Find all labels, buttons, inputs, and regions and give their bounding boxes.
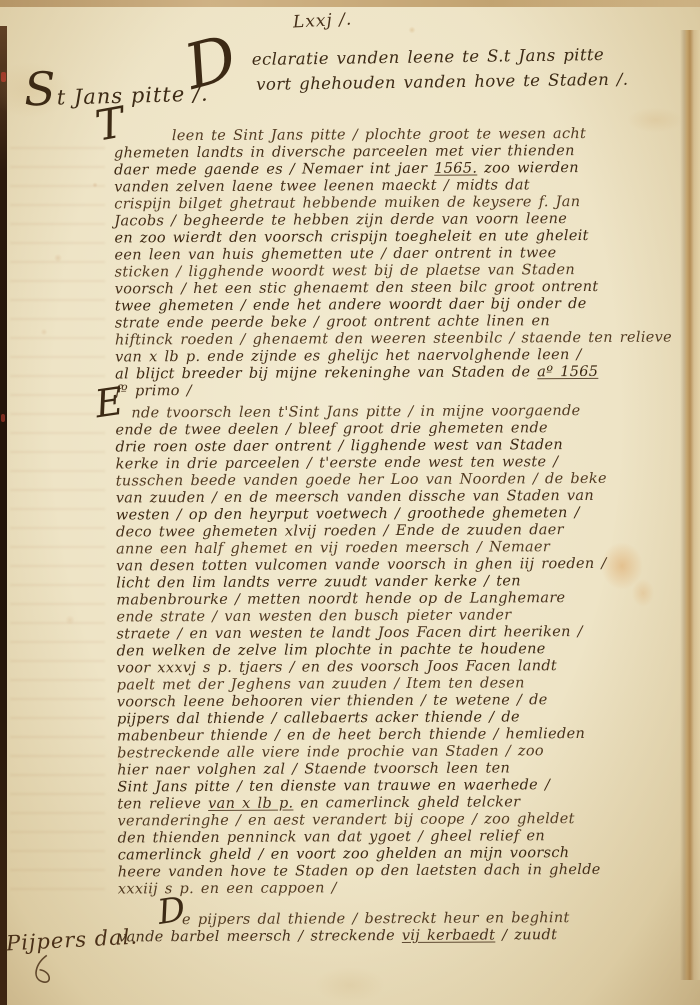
- page-top-edge: [0, 0, 700, 7]
- manuscript-line: en zoo wierdt den voorsch crispijn toegh…: [114, 228, 670, 248]
- document-heading: D eclaratie vanden leene te S.t Jans pit…: [252, 41, 673, 97]
- manuscript-paragraph: Ende tvoorsch leen t'Sint Jans pitte / i…: [115, 403, 674, 899]
- manuscript-line: hiftinck roeden / ghenaemt den weeren st…: [115, 330, 671, 350]
- paragraph-initial: E: [94, 393, 124, 414]
- manuscript-paragraph: De pijpers dal thiende / bestreckt heur …: [118, 910, 674, 947]
- manuscript-line: heere vanden hove te Staden op den laets…: [118, 862, 674, 882]
- manuscript-line: vande barbel meersch / streckende vij ke…: [118, 927, 674, 947]
- manuscript-line: fº primo /: [115, 381, 671, 401]
- manuscript-line: van desen totten vulcomen vande voorsch …: [116, 556, 672, 576]
- manuscript-line: van zuuden / en de meersch vanden dissch…: [116, 488, 672, 508]
- paragraph-initial: D: [157, 901, 187, 922]
- page-right-edge: [680, 30, 700, 980]
- binding-speck: [1, 72, 6, 82]
- manuscript-paragraph: Tleen te Sint Jans pitte / plochte groot…: [114, 126, 671, 401]
- heading-line-2: vort ghehouden vanden hove te Staden /.: [252, 66, 672, 97]
- paragraph-initial: T: [95, 113, 126, 135]
- manuscript-body: Tleen te Sint Jans pitte / plochte groot…: [114, 126, 674, 947]
- binding-edge: [0, 26, 7, 1005]
- flourish-descender: [29, 953, 61, 991]
- manuscript-line: xxxiij s p. en een cappoen /: [118, 879, 674, 899]
- manuscript-line: al blijct breeder bij mijne rekeninghe v…: [115, 364, 671, 384]
- folio-number: Lxxj /.: [293, 9, 353, 32]
- margin-note-text: Pijpers dal.: [5, 925, 138, 956]
- bleedthrough-ghost: [10, 130, 105, 890]
- manuscript-line: voorsch / het een stic ghenaemt den stee…: [115, 279, 671, 299]
- manuscript-page: Lxxj /. D eclaratie vanden leene te S.t …: [0, 0, 700, 1005]
- binding-speck: [1, 414, 5, 422]
- margin-note-pijpers-dal: Pijpers dal.: [5, 925, 138, 956]
